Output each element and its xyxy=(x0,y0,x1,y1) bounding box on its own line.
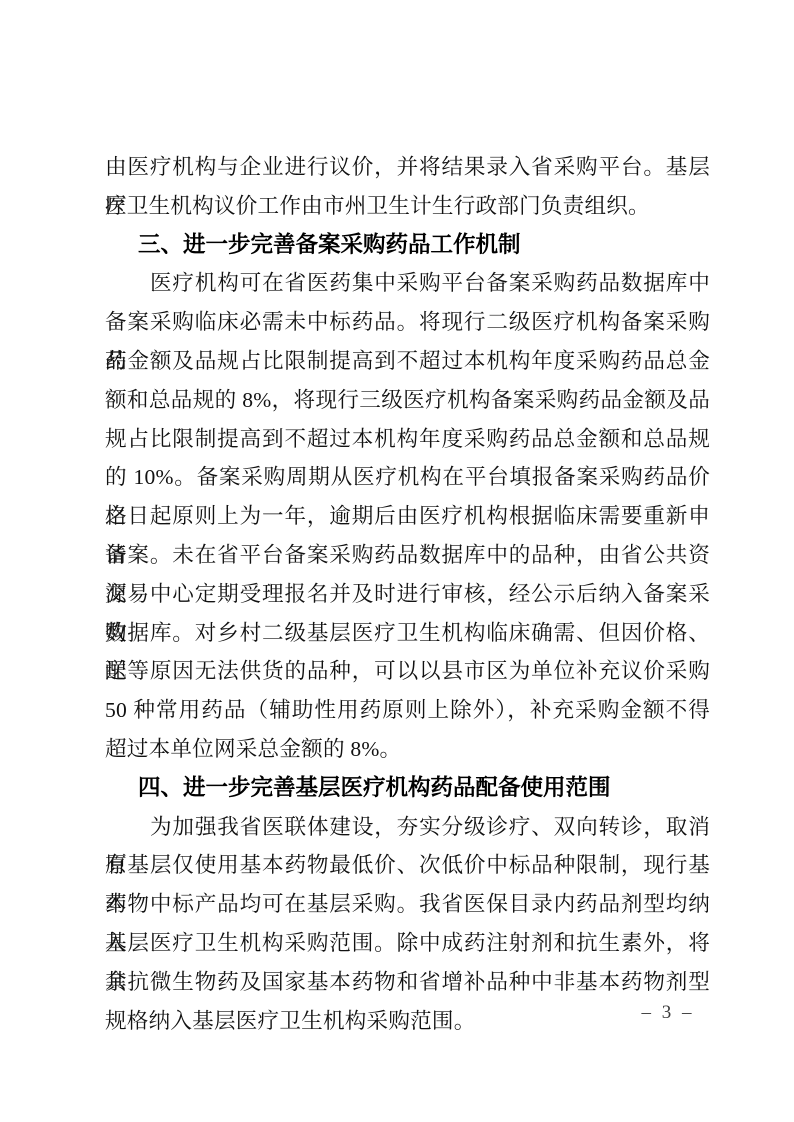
text-line: 额和总品规的 8%，将现行三级医疗机构备案采购药品金额及品 xyxy=(105,381,710,420)
paragraph: 医疗机构可在省医药集中采购平台备案采购药品数据库中备案采购临床必需未中标药品。将… xyxy=(105,264,710,768)
text-line: 送等原因无法供货的品种，可以以县市区为单位补充议价采购 xyxy=(105,652,710,691)
text-line: 基层医疗卫生机构采购范围。除中成药注射剂和抗生素外，将其 xyxy=(105,924,710,963)
section-heading: 四、进一步完善基层医疗机构药品配备使用范围 xyxy=(105,769,710,808)
document-page: 由医疗机构与企业进行议价，并将结果录入省采购平台。基层医疗卫生机构议价工作由市州… xyxy=(0,0,794,1122)
text-line: 医疗机构可在省医药集中采购平台备案采购药品数据库中 xyxy=(105,264,710,303)
text-line: 备案。未在省平台备案采购药品数据库中的品种，由省公共资源 xyxy=(105,536,710,575)
text-line: 为加强我省医联体建设，夯实分级诊疗、双向转诊，取消原 xyxy=(105,808,710,847)
text-line: 数据库。对乡村二级基层医疗卫生机构临床确需、但因价格、配 xyxy=(105,614,710,653)
text-line: 品金额及品规占比限制提高到不超过本机构年度采购药品总金 xyxy=(105,342,710,381)
text-line: 余抗微生物药及国家基本药物和省增补品种中非基本药物剂型 xyxy=(105,963,710,1002)
text-line: 有基层仅使用基本药物最低价、次低价中标品种限制，现行基本 xyxy=(105,846,710,885)
text-line: 超过本单位网采总金额的 8%。 xyxy=(105,730,710,769)
text-line: 药物中标产品均可在基层采购。我省医保目录内药品剂型均纳入 xyxy=(105,885,710,924)
document-body: 由医疗机构与企业进行议价，并将结果录入省采购平台。基层医疗卫生机构议价工作由市州… xyxy=(105,148,710,1040)
text-line: 备案采购临床必需未中标药品。将现行二级医疗机构备案采购药 xyxy=(105,303,710,342)
text-line: 规格纳入基层医疗卫生机构采购范围。 xyxy=(105,1002,710,1041)
text-line: 的 10%。备案采购周期从医疗机构在平台填报备案采购药品价格 xyxy=(105,458,710,497)
text-line: 交易中心定期受理报名并及时进行审核，经公示后纳入备案采购 xyxy=(105,575,710,614)
page-number: – 3 – xyxy=(638,1002,698,1024)
text-line: 规占比限制提高到不超过本机构年度采购药品总金额和总品规 xyxy=(105,420,710,459)
text-line: 50 种常用药品（辅助性用药原则上除外），补充采购金额不得 xyxy=(105,691,710,730)
paragraph: 为加强我省医联体建设，夯实分级诊疗、双向转诊，取消原有基层仅使用基本药物最低价、… xyxy=(105,808,710,1041)
text-line: 之日起原则上为一年，逾期后由医疗机构根据临床需要重新申请 xyxy=(105,497,710,536)
text-line: 疗卫生机构议价工作由市州卫生计生行政部门负责组织。 xyxy=(105,187,710,226)
paragraph: 由医疗机构与企业进行议价，并将结果录入省采购平台。基层医疗卫生机构议价工作由市州… xyxy=(105,148,710,226)
section-heading: 三、进一步完善备案采购药品工作机制 xyxy=(105,226,710,265)
text-line: 由医疗机构与企业进行议价，并将结果录入省采购平台。基层医 xyxy=(105,148,710,187)
